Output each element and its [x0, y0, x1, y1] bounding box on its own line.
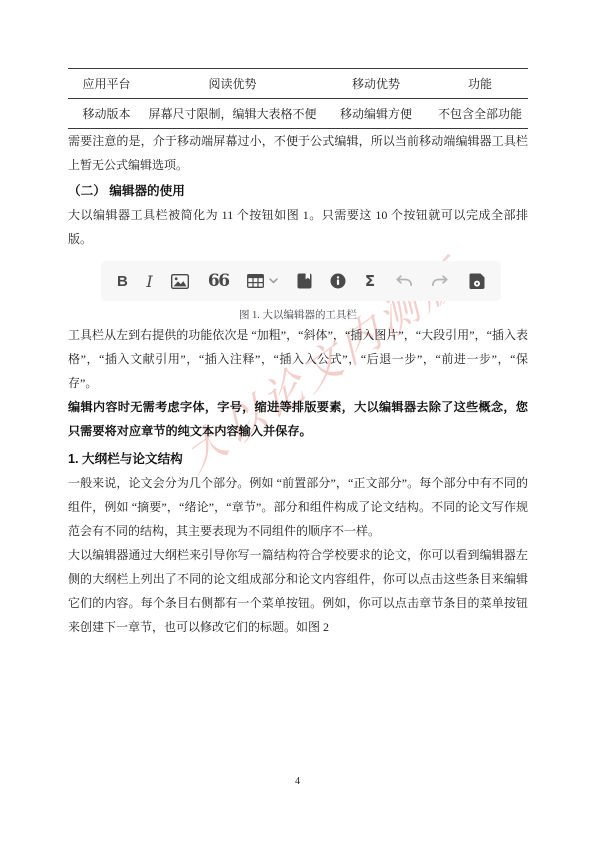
table-cell: 不包含全部功能 [432, 99, 528, 129]
table-header-cell: 阅读优势 [145, 69, 320, 99]
table-cell: 移动版本 [68, 99, 145, 129]
paragraph-toolbar-intro: 大以编辑器工具栏被简化为 11 个按钮如图 1。只需要这 10 个按钮就可以完成… [68, 203, 528, 251]
table-header-cell: 应用平台 [68, 69, 145, 99]
paragraph-toolbar-functions: 工具栏从左到右提供的功能依次是 “加粗”，“斜体”，“插入图片”，“大段引用”，… [68, 323, 528, 395]
save-icon [469, 261, 485, 301]
paragraph-thesis-parts: 一般来说，论文会分为几个部分。例如 “前置部分”，“正文部分”。每个部分中有不同… [68, 471, 528, 543]
italic-icon: I [146, 261, 152, 301]
figure-caption: 图 1. 大以编辑器的工具栏 [68, 309, 528, 323]
table-header-row: 应用平台 阅读优势 移动优势 功能 [68, 69, 528, 99]
heading-outline-structure: 1. 大纲栏与论文结构 [68, 447, 528, 471]
formula-sigma-icon: Σ [365, 261, 375, 301]
undo-icon [394, 261, 413, 301]
citation-bookmark-icon [297, 261, 312, 301]
page-number: 4 [0, 776, 595, 787]
blockquote-icon: 66 [208, 261, 229, 301]
bold-icon: B [117, 261, 128, 301]
paragraph-outline-guide: 大以编辑器通过大纲栏来引导你写一篇结构符合学校要求的论文，你可以看到编辑器左侧的… [68, 543, 528, 639]
chevron-down-icon [269, 278, 278, 284]
redo-icon [431, 261, 450, 301]
insert-image-icon [171, 261, 189, 301]
heading-editor-usage: （二） 编辑器的使用 [68, 179, 528, 203]
paragraph-bold-note: 编辑内容时无需考虑字体，字号，缩进等排版要素，大以编辑器去除了这些概念，您只需要… [68, 395, 528, 443]
insert-table-icon [247, 261, 278, 301]
platform-comparison-table: 应用平台 阅读优势 移动优势 功能 移动版本 屏幕尺寸限制，编辑大表格不便 移动… [68, 68, 528, 129]
paragraph-mobile-note: 需要注意的是，介于移动端屏幕过小，不便于公式编辑，所以当前移动端编辑器工具栏上暂… [68, 129, 528, 177]
table-header-cell: 功能 [432, 69, 528, 99]
info-icon [330, 261, 346, 301]
table-cell: 移动编辑方便 [320, 99, 432, 129]
document-page: 大以论文内测版 应用平台 阅读优势 移动优势 功能 移动版本 屏幕尺寸限制，编辑… [0, 0, 595, 842]
table-header-cell: 移动优势 [320, 69, 432, 99]
figure-toolbar-image: B I 66 Σ [101, 261, 501, 301]
table-cell: 屏幕尺寸限制，编辑大表格不便 [145, 99, 320, 129]
table-row: 移动版本 屏幕尺寸限制，编辑大表格不便 移动编辑方便 不包含全部功能 [68, 99, 528, 129]
page-content: 应用平台 阅读优势 移动优势 功能 移动版本 屏幕尺寸限制，编辑大表格不便 移动… [0, 0, 595, 639]
